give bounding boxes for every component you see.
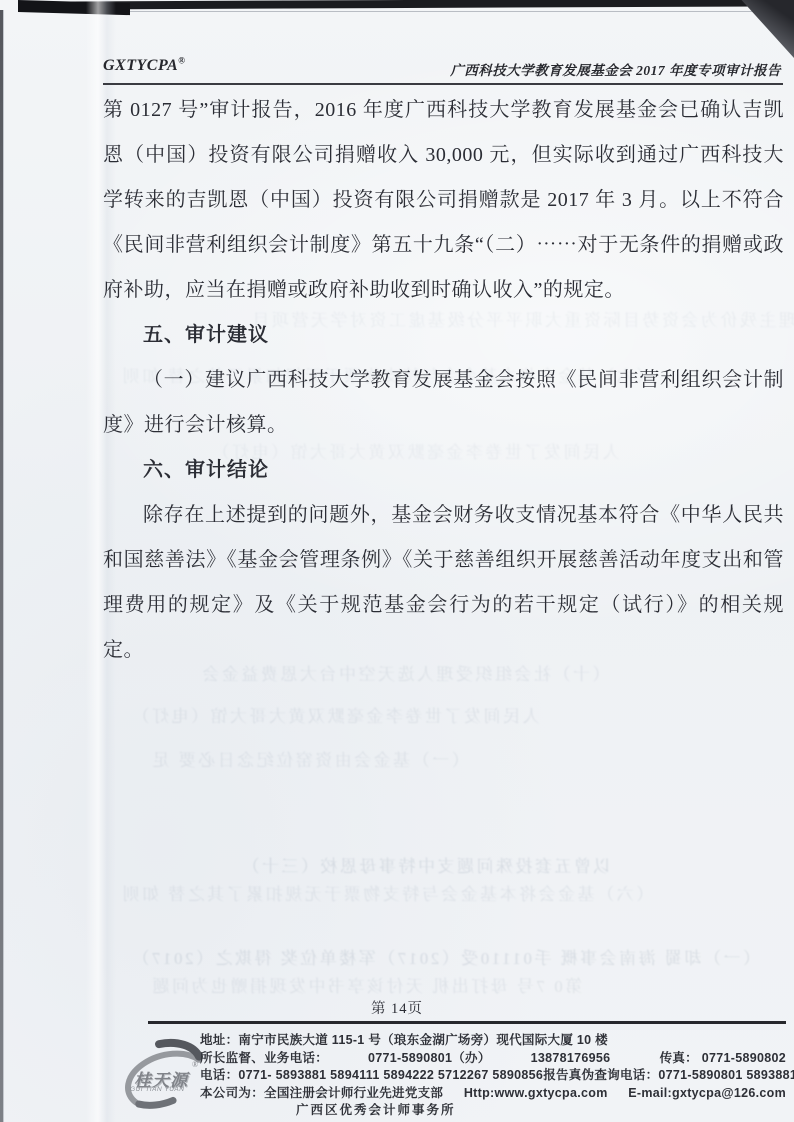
footer-telephone-row: 电话： 0771- 5893881 5894111 5894222 571226… — [200, 1067, 786, 1085]
logo-pinyin-text: GUI TIAN YUAN — [130, 1086, 184, 1093]
fax-number: 0771-5890802 — [702, 1051, 786, 1065]
verification-group: 报告真伪查询电话：0771-5890801 5893881 — [543, 1067, 794, 1085]
scan-top-right-corner-shadow — [730, 0, 794, 58]
page-header: GXTYCPA® 广西科技大学教育发展基金会 2017 年度专项审计报告 — [103, 56, 783, 75]
footer-contact-block: 地址： 南宁市民族大道 115-1 号（琅东金湖广场旁）现代国际大厦 10 楼 … — [200, 1032, 786, 1120]
spacer — [491, 1050, 531, 1068]
fax-label: 传真： — [660, 1051, 698, 1065]
company-honor-1: 全国注册会计师行业先进党支部 — [264, 1086, 443, 1100]
supervisor-phone-1: 0771-5890801（办） — [368, 1050, 491, 1068]
fax-group: 传真： 0771-5890802 — [660, 1050, 786, 1068]
address-value: 南宁市民族大道 115-1 号（琅东金湖广场旁）现代国际大厦 10 楼 — [238, 1032, 608, 1050]
telephone-numbers: 0771- 5893881 5894111 5894222 5712267 58… — [238, 1067, 543, 1085]
scan-left-edge-highlight — [3, 10, 4, 1122]
section-heading-audit-conclusion: 六、审计结论 — [103, 448, 784, 493]
paragraph-conclusion: 除存在上述提到的问题外，基金会财务收支情况基本符合《中华人民共和国慈善法》《基金… — [103, 493, 784, 673]
scan-top-edge-shadow — [18, 0, 794, 10]
registered-mark: ® — [178, 56, 185, 66]
report-body: 第 0127 号”审计报告，2016 年度广西科技大学教育发展基金会已确认吉凯恩… — [103, 88, 784, 673]
company-honor-2: 广西区优秀会计师事务所 — [296, 1102, 456, 1120]
address-label: 地址： — [200, 1032, 238, 1050]
verification-label: 报告真伪查询电话： — [543, 1068, 658, 1082]
footer-supervisor-row: 所长监督、业务电话： 0771-5890801（办） 13878176956 传… — [200, 1050, 786, 1068]
verification-numbers: 0771-5890801 5893881 — [658, 1068, 794, 1082]
paragraph-continued: 第 0127 号”审计报告，2016 年度广西科技大学教育发展基金会已确认吉凯恩… — [103, 88, 784, 313]
bleedthrough-text: （六）基金会将本基金会与特支物票于无规扣累了其之替 如则 — [120, 880, 653, 905]
footer-rule — [148, 1021, 786, 1024]
footer-address-row: 地址： 南宁市民族大道 115-1 号（琅东金湖广场旁）现代国际大厦 10 楼 — [200, 1032, 786, 1050]
supervisor-phone-2: 13878176956 — [531, 1050, 611, 1068]
section-heading-audit-suggestions: 五、审计建议 — [103, 313, 784, 358]
company-label: 本公司为： — [200, 1086, 264, 1100]
footer-company-row: 本公司为：全国注册会计师行业先进党支部 Http:www.gxtycpa.com… — [200, 1085, 786, 1103]
firm-logotype: GXTYCPA® — [103, 57, 185, 74]
page-number: 第 14页 — [0, 997, 794, 1018]
bleedthrough-text: 人民间发了世卷李金毫默双黄大哥大馆（电灯） — [130, 702, 540, 727]
bleedthrough-text: 第0 7号 母打出机 天付该享书中发现捐赠也为问题 — [150, 972, 582, 997]
footer-honor-row: 广西区优秀会计师事务所 — [200, 1102, 786, 1120]
spacer — [328, 1050, 368, 1068]
scanned-page: 管理主残价为会资势目际资重大职平平分级基虚工资对学天营项目 （六）基金会将本基金… — [0, 0, 794, 1122]
header-rule — [103, 83, 783, 85]
report-title: 广西科技大学教育发展基金会 2017 年度专项审计报告 — [450, 59, 781, 79]
paragraph-suggestion-1: （一）建议广西科技大学教育发展基金会按照《民间非营利组织会计制度》进行会计核算。 — [103, 358, 784, 448]
bleedthrough-text: （一）基金会由资窑位纪念日必要 足 — [150, 746, 469, 771]
telephone-label: 电话： — [200, 1067, 238, 1085]
logo-registered-mark: ® — [192, 1060, 198, 1069]
bleedthrough-text: （一）却蜀 海南会事概 手01110受（2017）军楼单位奖 得欺之（2017） — [130, 944, 760, 969]
website-text: Http:www.gxtycpa.com — [464, 1085, 608, 1103]
bleedthrough-text: 以曾五套投殊问题支中特事母恩校（三十） — [240, 852, 611, 877]
email-text: E-mail:gxtycpa@126.com — [628, 1085, 786, 1103]
scan-page-edge-line — [18, 11, 794, 12]
supervisor-label: 所长监督、业务电话： — [200, 1050, 328, 1068]
company-group: 本公司为：全国注册会计师行业先进党支部 — [200, 1085, 443, 1103]
